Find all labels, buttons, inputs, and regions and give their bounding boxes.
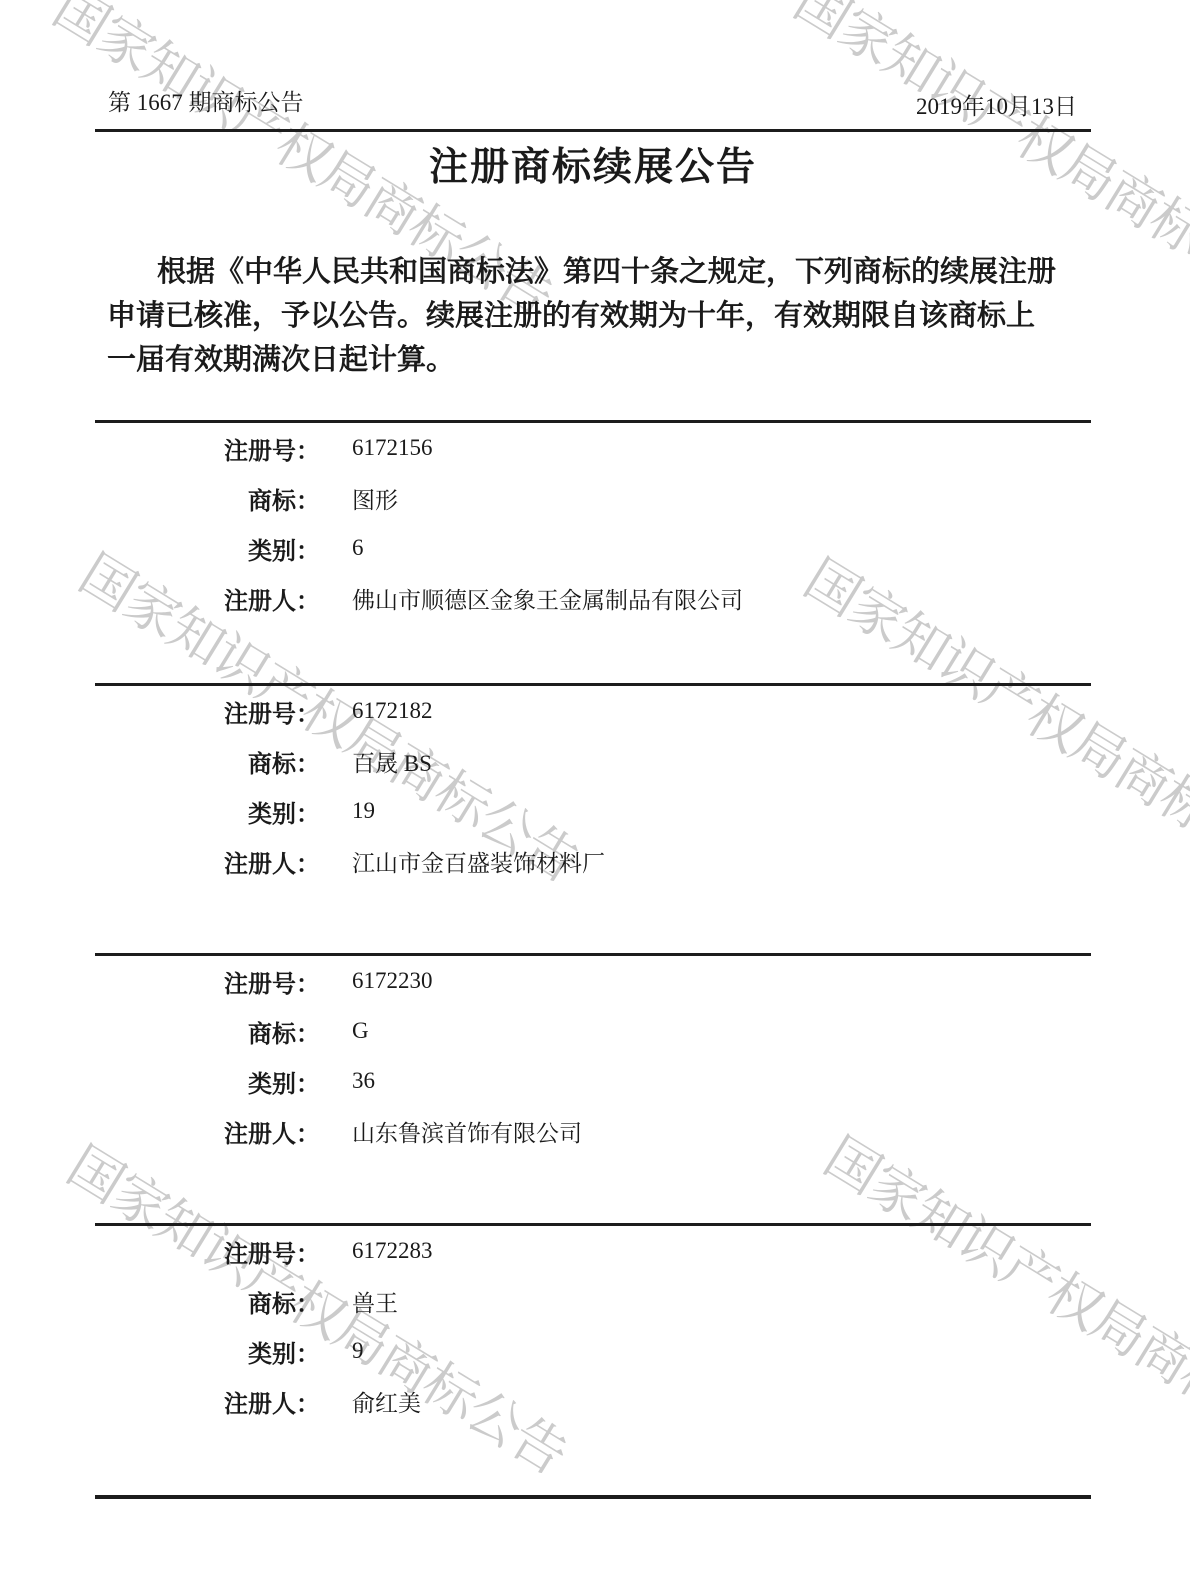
record-row-trademark: 商标： G	[95, 1006, 1091, 1056]
field-label-reg-no: 注册号：	[95, 964, 320, 999]
record-row-category: 类别： 9	[95, 1326, 1091, 1376]
field-value-reg-no: 6172156	[352, 435, 433, 461]
gazette-page: 国家知识产权局商标公告 国家知识产权局商标公告 国家知识产权局商标公告 国家知识…	[0, 0, 1190, 1596]
page-title: 注册商标续展公告	[95, 145, 1091, 191]
record-row-reg-no: 注册号： 6172283	[95, 1226, 1091, 1276]
field-label-registrant: 注册人：	[95, 1114, 320, 1149]
field-label-reg-no: 注册号：	[95, 694, 320, 729]
field-value-trademark: 兽王	[352, 1285, 398, 1318]
record-row-reg-no: 注册号： 6172182	[95, 686, 1091, 736]
intro-line: 申请已核准，予以公告。续展注册的有效期为十年，有效期限自该商标上	[107, 294, 1069, 338]
field-value-reg-no: 6172182	[352, 698, 433, 724]
field-value-registrant: 山东鲁滨首饰有限公司	[352, 1115, 582, 1148]
trademark-record: 注册号： 6172156 商标： 图形 类别： 6 注册人： 佛山市顺德区金象王…	[95, 420, 1091, 683]
intro-paragraph: 根据《中华人民共和国商标法》第四十条之规定，下列商标的续展注册 申请已核准，予以…	[107, 250, 1069, 382]
intro-line: 一届有效期满次日起计算。	[107, 338, 1069, 382]
field-value-registrant: 江山市金百盛装饰材料厂	[352, 845, 605, 878]
record-row-registrant: 注册人： 山东鲁滨首饰有限公司	[95, 1106, 1091, 1156]
trademark-record: 注册号： 6172283 商标： 兽王 类别： 9 注册人： 俞红美	[95, 1223, 1091, 1496]
gazette-issue-number: 第 1667 期商标公告	[108, 90, 304, 116]
record-row-category: 类别： 36	[95, 1056, 1091, 1106]
record-row-registrant: 注册人： 俞红美	[95, 1376, 1091, 1426]
field-label-category: 类别：	[95, 1064, 320, 1099]
field-label-category: 类别：	[95, 794, 320, 829]
record-row-category: 类别： 6	[95, 523, 1091, 573]
field-value-registrant: 俞红美	[352, 1385, 421, 1418]
field-label-trademark: 商标：	[95, 744, 320, 779]
record-row-reg-no: 注册号： 6172156	[95, 423, 1091, 473]
field-value-trademark: G	[352, 1018, 369, 1044]
intro-line: 根据《中华人民共和国商标法》第四十条之规定，下列商标的续展注册	[107, 250, 1069, 294]
field-label-reg-no: 注册号：	[95, 431, 320, 466]
field-label-registrant: 注册人：	[95, 1384, 320, 1419]
field-label-trademark: 商标：	[95, 1284, 320, 1319]
field-label-trademark: 商标：	[95, 481, 320, 516]
field-value-reg-no: 6172230	[352, 968, 433, 994]
field-label-registrant: 注册人：	[95, 581, 320, 616]
field-value-reg-no: 6172283	[352, 1238, 433, 1264]
record-row-registrant: 注册人： 江山市金百盛装饰材料厂	[95, 836, 1091, 886]
trademark-record: 注册号： 6172182 商标： 百晟 BS 类别： 19 注册人： 江山市金百…	[95, 683, 1091, 953]
field-value-category: 6	[352, 535, 364, 561]
field-label-trademark: 商标：	[95, 1014, 320, 1049]
trademark-record: 注册号： 6172230 商标： G 类别： 36 注册人： 山东鲁滨首饰有限公…	[95, 953, 1091, 1223]
record-row-trademark: 商标： 图形	[95, 473, 1091, 523]
field-value-registrant: 佛山市顺德区金象王金属制品有限公司	[352, 582, 743, 615]
field-value-category: 36	[352, 1068, 375, 1094]
field-value-trademark: 百晟 BS	[352, 745, 432, 778]
header-rule	[95, 129, 1091, 132]
field-label-registrant: 注册人：	[95, 844, 320, 879]
field-value-category: 9	[352, 1338, 364, 1364]
record-row-registrant: 注册人： 佛山市顺德区金象王金属制品有限公司	[95, 573, 1091, 623]
record-row-trademark: 商标： 兽王	[95, 1276, 1091, 1326]
field-label-category: 类别：	[95, 1334, 320, 1369]
gazette-date: 2019年10月13日	[916, 94, 1077, 120]
field-label-reg-no: 注册号：	[95, 1234, 320, 1269]
closing-rule	[95, 1495, 1091, 1499]
record-row-trademark: 商标： 百晟 BS	[95, 736, 1091, 786]
field-value-category: 19	[352, 798, 375, 824]
record-row-reg-no: 注册号： 6172230	[95, 956, 1091, 1006]
field-value-trademark: 图形	[352, 482, 398, 515]
record-row-category: 类别： 19	[95, 786, 1091, 836]
field-label-category: 类别：	[95, 531, 320, 566]
